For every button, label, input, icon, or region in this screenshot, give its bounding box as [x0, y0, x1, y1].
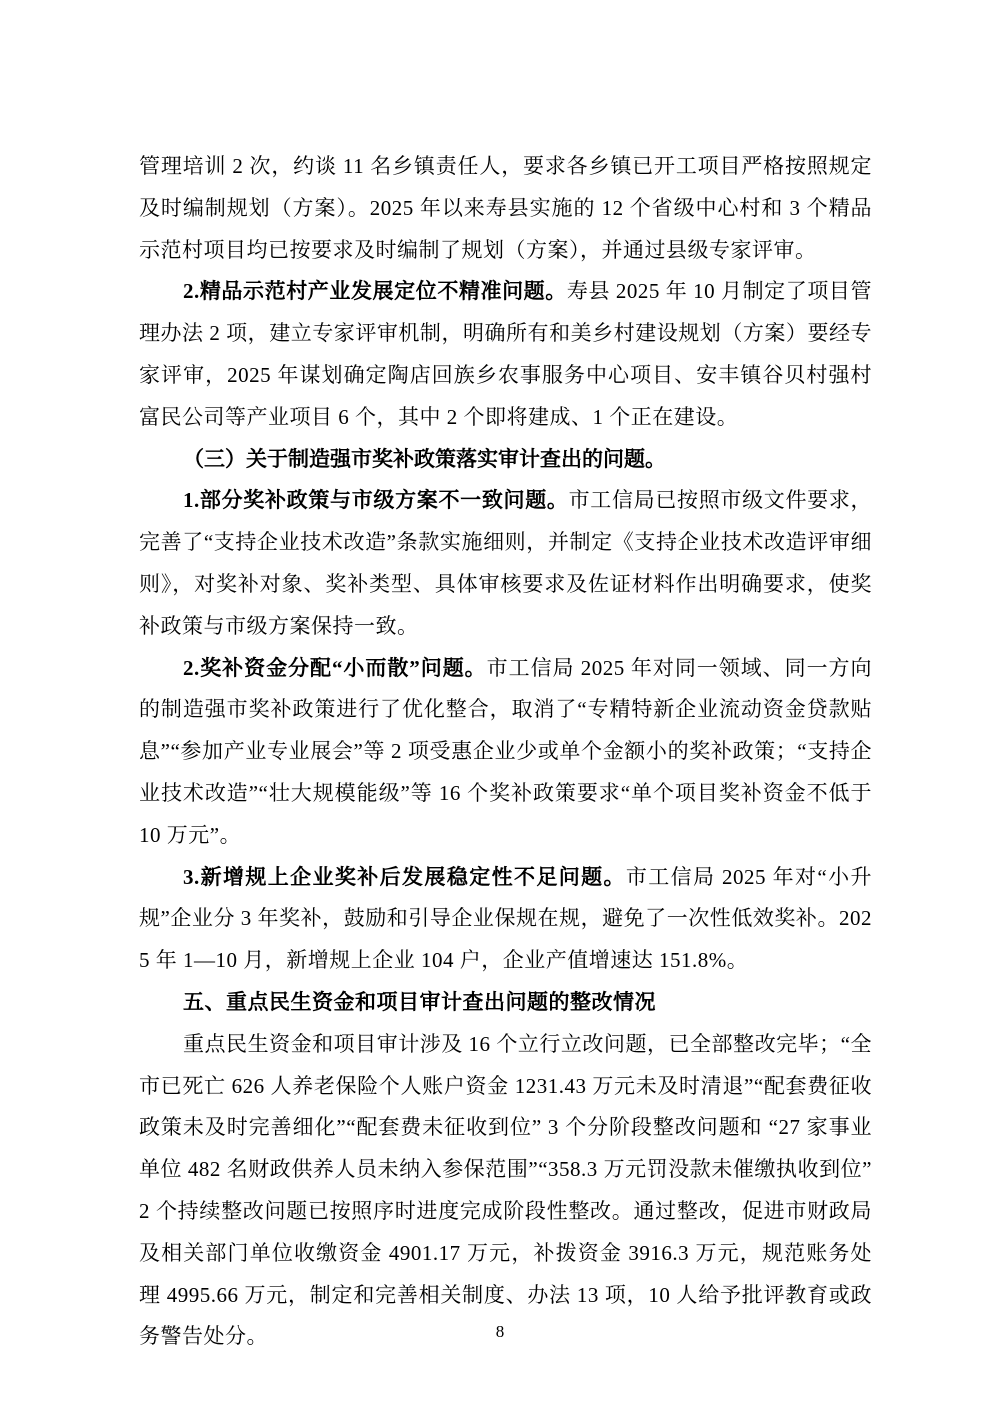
paragraph-bold-lead: 2.精品示范村产业发展定位不精准问题。: [183, 279, 567, 303]
document-body: 管理培训 2 次，约谈 11 名乡镇责任人，要求各乡镇已开工项目严格按照规定及时…: [139, 146, 872, 1358]
document-page: 管理培训 2 次，约谈 11 名乡镇责任人，要求各乡镇已开工项目严格按照规定及时…: [0, 0, 1000, 1415]
paragraph-village-planning-continuation: 管理培训 2 次，约谈 11 名乡镇责任人，要求各乡镇已开工项目严格按照规定及时…: [139, 146, 872, 271]
paragraph-subsidy-fund-allocation: 2.奖补资金分配“小而散”问题。市工信局 2025 年对同一领域、同一方向的制造…: [139, 648, 872, 857]
paragraph-subsidy-policy-inconsistency: 1.部分奖补政策与市级方案不一致问题。市工信局已按照市级文件要求，完善了“支持企…: [139, 480, 872, 647]
paragraph-bold-lead: 2.奖补资金分配“小而散”问题。: [183, 656, 487, 680]
paragraph-demonstration-village-industry: 2.精品示范村产业发展定位不精准问题。寿县 2025 年 10 月制定了项目管理…: [139, 271, 872, 438]
paragraph-bold-lead: 1.部分奖补政策与市级方案不一致问题。: [183, 488, 569, 512]
section-heading-manufacturing-subsidy-issues: （三）关于制造强市奖补政策落实审计查出的问题。: [139, 439, 872, 481]
page-number: 8: [0, 1320, 1000, 1344]
paragraph-body-text: 市工信局 2025 年对同一领域、同一方向的制造强市奖补政策进行了优化整合，取消…: [139, 656, 872, 847]
paragraph-new-enterprise-stability: 3.新增规上企业奖补后发展稳定性不足问题。市工信局 2025 年对“小升规”企业…: [139, 857, 872, 982]
paragraph-bold-lead: 3.新增规上企业奖补后发展稳定性不足问题。: [183, 865, 626, 889]
section-heading-livelihood-funds-rectification: 五、重点民生资金和项目审计查出问题的整改情况: [139, 982, 872, 1024]
paragraph-livelihood-rectification-details: 重点民生资金和项目审计涉及 16 个立行立改问题，已全部整改完毕；“全市已死亡 …: [139, 1024, 872, 1358]
